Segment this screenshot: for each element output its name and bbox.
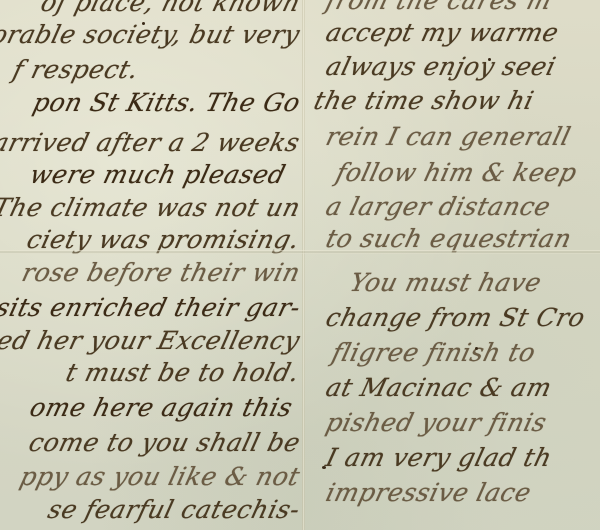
letter-line: rein I can generall [323, 122, 574, 151]
letter-line: ome here again this [27, 393, 296, 422]
letter-line: at Macinac & am [323, 373, 555, 402]
letter-line: of place, not known [38, 0, 302, 17]
letter-line: were much pleased [27, 160, 289, 189]
ink-dot [322, 466, 326, 469]
letter-line: always enjoy seei [323, 52, 559, 81]
letter-line: impressive lace [323, 478, 534, 507]
letter-line: t must be to hold. [63, 358, 302, 387]
letter-line: fligree finish to [329, 338, 539, 367]
letter-line: accept my warme [323, 18, 562, 47]
letter-line: se fearful catechis- [45, 495, 302, 524]
letter-line: rose before their win [19, 258, 302, 287]
letter-line: a larger distance [323, 192, 554, 221]
letter-page: of place, not known norable society, but… [0, 0, 600, 530]
letter-line: f respect. [10, 55, 142, 84]
ink-dot [488, 58, 491, 61]
ink-dot [475, 347, 478, 350]
paper-fold-horizontal [0, 250, 600, 254]
letter-line: come to you shall be [26, 428, 302, 457]
letter-line: You must have [347, 268, 545, 297]
letter-line: sits enriched their gar- [0, 293, 302, 322]
letter-line: I am very glad th [323, 443, 555, 472]
letter-line: follow him & keep [333, 158, 580, 187]
letter-line: norable society, but very [0, 20, 302, 49]
letter-line: The climate was not un [0, 193, 302, 222]
ink-dot [142, 22, 145, 25]
letter-line: pon St Kitts. The Go [30, 88, 302, 117]
paper-fold-vertical [302, 0, 305, 530]
letter-line: pished your finis [323, 408, 550, 437]
letter-right-column: from the cares m accept my warme always … [305, 0, 600, 530]
letter-line: ppy as you like & not [17, 462, 302, 491]
letter-line: to such equestrian [323, 224, 575, 253]
letter-line: from the cares m [323, 0, 555, 15]
letter-line: lled her your Excellency [0, 326, 302, 355]
letter-line: the time show hi [311, 86, 537, 115]
letter-left-column: of place, not known norable society, but… [0, 0, 302, 530]
letter-line: change from St Cro [323, 303, 588, 332]
letter-line: arrived after a 2 weeks [0, 128, 302, 157]
